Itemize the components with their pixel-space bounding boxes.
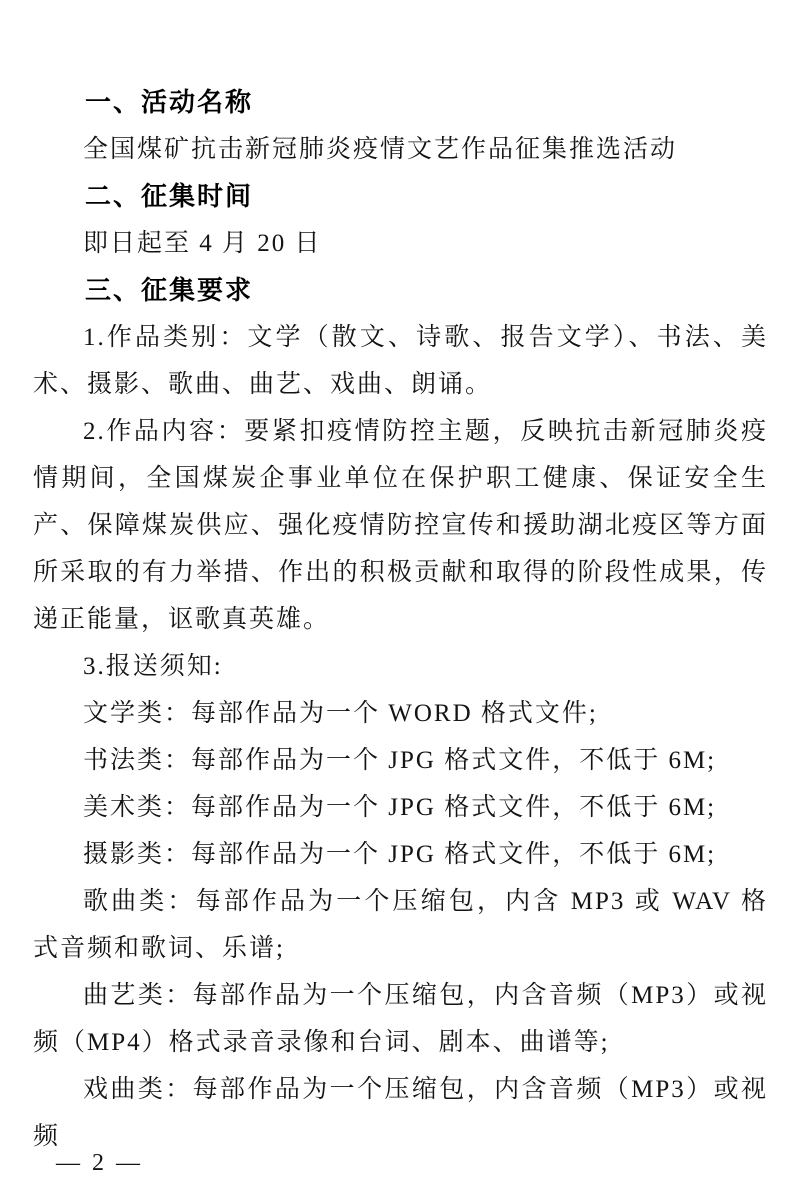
paragraph-literature-format: 文学类：每部作品为一个 WORD 格式文件; <box>33 690 768 737</box>
page-number: — 2 — <box>56 1146 143 1180</box>
document-body: 一、活动名称 全国煤矿抗击新冠肺炎疫情文艺作品征集推选活动 二、征集时间 即日起… <box>33 79 768 1160</box>
section-heading-activity-name: 一、活动名称 <box>33 79 768 126</box>
paragraph-photography-format: 摄影类：每部作品为一个 JPG 格式文件，不低于 6M; <box>33 831 768 878</box>
paragraph-quyi-format: 曲艺类：每部作品为一个压缩包，内含音频（MP3）或视频（MP4）格式录音录像和台… <box>33 972 768 1066</box>
paragraph-collection-time: 即日起至 4 月 20 日 <box>33 220 768 267</box>
paragraph-work-categories: 1.作品类别：文学（散文、诗歌、报告文学）、书法、美术、摄影、歌曲、曲艺、戏曲、… <box>33 314 768 408</box>
section-heading-collection-time: 二、征集时间 <box>33 173 768 220</box>
paragraph-submission-notes: 3.报送须知: <box>33 643 768 690</box>
paragraph-song-format: 歌曲类：每部作品为一个压缩包，内含 MP3 或 WAV 格式音频和歌词、乐谱; <box>33 878 768 972</box>
document-page: 一、活动名称 全国煤矿抗击新冠肺炎疫情文艺作品征集推选活动 二、征集时间 即日起… <box>0 0 800 1200</box>
paragraph-calligraphy-format: 书法类：每部作品为一个 JPG 格式文件，不低于 6M; <box>33 737 768 784</box>
paragraph-art-format: 美术类：每部作品为一个 JPG 格式文件，不低于 6M; <box>33 784 768 831</box>
paragraph-opera-format: 戏曲类：每部作品为一个压缩包，内含音频（MP3）或视频 <box>33 1066 768 1160</box>
section-heading-requirements: 三、征集要求 <box>33 267 768 314</box>
paragraph-activity-name: 全国煤矿抗击新冠肺炎疫情文艺作品征集推选活动 <box>33 126 768 173</box>
paragraph-work-content: 2.作品内容：要紧扣疫情防控主题，反映抗击新冠肺炎疫情期间，全国煤炭企事业单位在… <box>33 408 768 643</box>
